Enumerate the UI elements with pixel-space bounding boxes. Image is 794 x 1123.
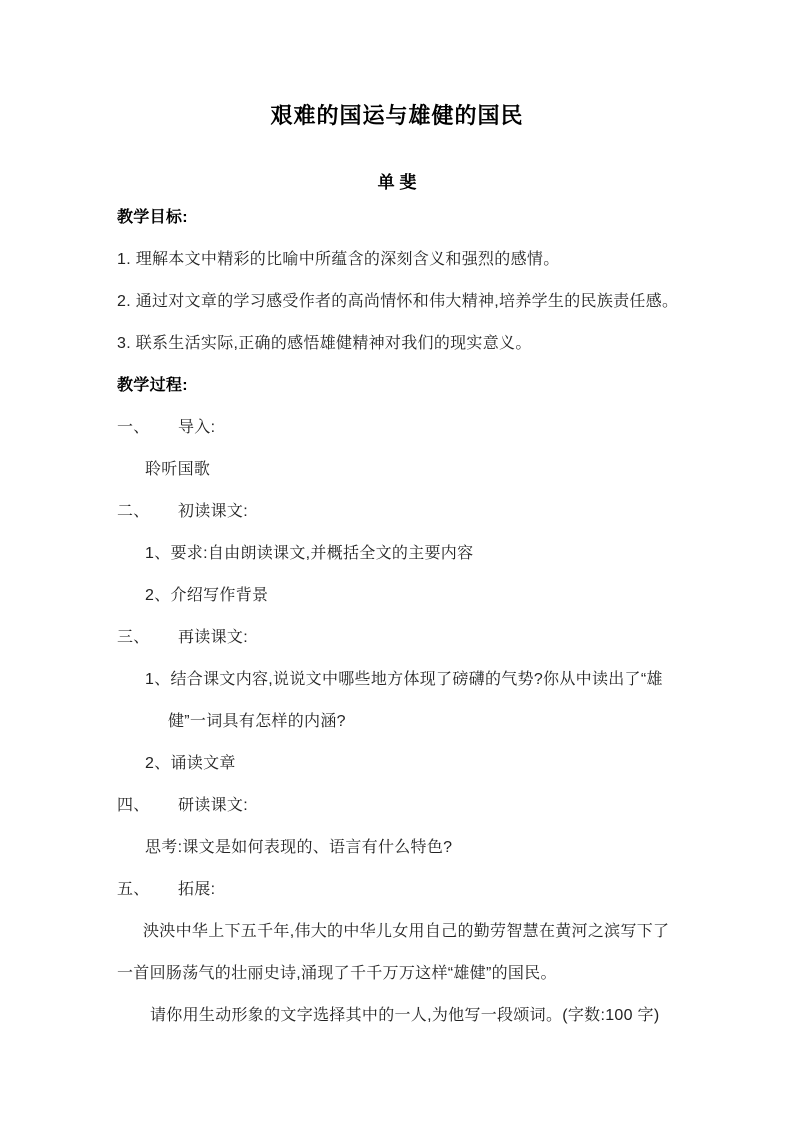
document-page: 艰难的国运与雄健的国民 单 斐 教学目标: 1. 理解本文中精彩的比喻中所蕴含的… [0,0,794,1123]
document-body: 教学目标: 1. 理解本文中精彩的比喻中所蕴含的深刻含义和强烈的感情。 2. 通… [117,197,717,1037]
section-label-3: 再读课文: [178,629,248,646]
section-line-1: 一、导入: [117,407,717,449]
section-line-2: 二、初读课文: [117,491,717,533]
heading-teaching-process: 教学过程: [117,365,717,407]
sub-item-requirement: 1、要求:自由朗读课文,并概括全文的主要内容 [145,533,717,575]
sub-line-thinking: 思考:课文是如何表现的、语言有什么特色? [145,827,717,869]
section-number-1: 一、 [117,407,178,449]
paragraph-extension-line1: 泱泱中华上下五千年,伟大的中华儿女用自己的勤劳智慧在黄河之滨写下了 [143,911,717,953]
section-label-1: 导入: [178,419,215,436]
sub-item-question-part1: 1、结合课文内容,说说文中哪些地方体现了磅礴的气势?你从中读出了“雄 [145,659,717,701]
section-number-5: 五、 [117,869,178,911]
section-line-4: 四、研读课文: [117,785,717,827]
paragraph-extension-line3: 请你用生动形象的文字选择其中的一人,为他写一段颂词。(字数:100 字) [150,995,717,1037]
section-label-4: 研读课文: [178,797,248,814]
document-title: 艰难的国运与雄健的国民 [0,99,794,130]
sub-item-background: 2、介绍写作背景 [145,575,717,617]
objective-item-2: 2. 通过对文章的学习感受作者的高尚情怀和伟大精神,培养学生的民族责任感。 [117,281,717,323]
section-number-4: 四、 [117,785,178,827]
section-line-3: 三、再读课文: [117,617,717,659]
heading-teaching-objectives: 教学目标: [117,197,717,239]
section-label-2: 初读课文: [178,503,248,520]
section-label-5: 拓展: [178,881,215,898]
sub-item-question-part2: 健”一词具有怎样的内涵? [168,701,717,743]
sub-item-recite: 2、诵读文章 [145,743,717,785]
section-line-5: 五、拓展: [117,869,717,911]
paragraph-extension-line2: 一首回肠荡气的壮丽史诗,涌现了千千万万这样“雄健”的国民。 [117,953,717,995]
objective-item-3: 3. 联系生活实际,正确的感悟雄健精神对我们的现实意义。 [117,323,717,365]
section-number-3: 三、 [117,617,178,659]
section-number-2: 二、 [117,491,178,533]
sub-line-listen-anthem: 聆听国歌 [145,449,717,491]
document-author: 单 斐 [0,168,794,193]
objective-item-1: 1. 理解本文中精彩的比喻中所蕴含的深刻含义和强烈的感情。 [117,239,717,281]
